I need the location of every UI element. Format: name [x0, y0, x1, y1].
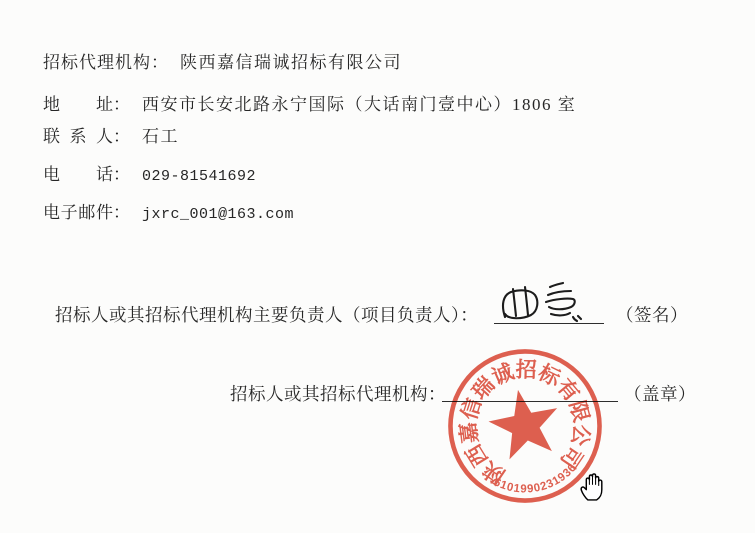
email-label: 电子邮件	[43, 198, 113, 223]
svg-text:9: 9	[520, 483, 527, 495]
colon: ：	[113, 90, 131, 115]
signature-suffix: （签名）	[616, 302, 688, 327]
svg-text:嘉: 嘉	[455, 421, 482, 445]
svg-text:招: 招	[515, 357, 537, 382]
seal-star	[484, 383, 565, 462]
colon: ：	[151, 48, 169, 73]
address-value: 西安市长安北路永宁国际（大话南门壹中心）1806 室	[142, 95, 576, 114]
contact-person-line: 联系人：石工	[43, 122, 179, 147]
email-value: jxrc_001@163.com	[142, 206, 294, 223]
colon: ：	[113, 198, 131, 223]
address-label: 地址	[43, 90, 113, 115]
agency-label: 招标代理机构	[43, 48, 151, 73]
agency-line: 招标代理机构：陕西嘉信瑞诚招标有限公司	[43, 48, 402, 73]
email-line: 电子邮件：jxrc_001@163.com	[43, 198, 294, 223]
phone-value: 029-81541692	[142, 168, 256, 185]
colon: ：	[113, 160, 131, 185]
seal-statement: 招标人或其招标代理机构：	[230, 381, 446, 406]
colon: ：	[113, 122, 131, 147]
contact-person-value: 石工	[142, 127, 179, 146]
seal-suffix: （盖章）	[624, 381, 696, 406]
address-line: 地址：西安市长安北路永宁国际（大话南门壹中心）1806 室	[43, 90, 576, 115]
grab-hand-cursor	[579, 471, 606, 502]
agency-value: 陕西嘉信瑞诚招标有限公司	[180, 53, 402, 72]
phone-line: 电话：029-81541692	[43, 160, 256, 185]
handwritten-signature	[494, 280, 604, 328]
phone-label: 电话	[43, 160, 113, 185]
contact-person-label: 联系人	[43, 122, 113, 147]
document-page: 招标代理机构：陕西嘉信瑞诚招标有限公司 地址：西安市长安北路永宁国际（大话南门壹…	[0, 0, 755, 533]
signature-statement: 招标人或其招标代理机构主要负责人（项目负责人）：	[55, 302, 478, 327]
